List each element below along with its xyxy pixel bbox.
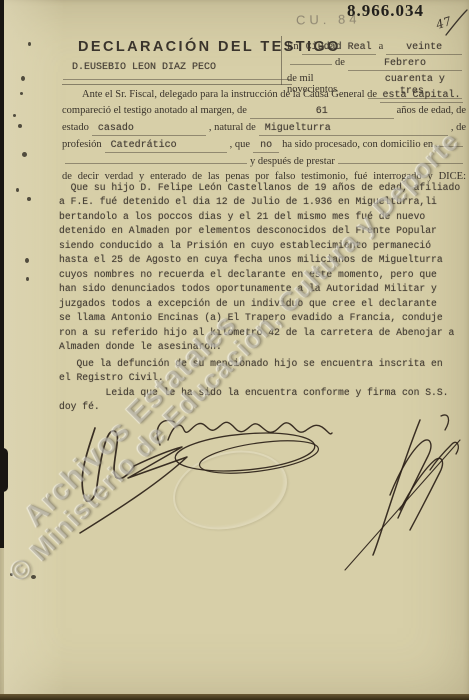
day-field: veinte [386,42,462,55]
testimony-paragraph-1: Que su hijo D. Felipe León Castellanos d… [59,181,469,354]
blank-field [65,163,247,164]
natural-print-b: , de [451,122,466,133]
label-de: de [335,57,345,68]
natural-field: Miguelturra [259,123,448,136]
ink-speck [16,188,19,192]
signature-official [345,415,460,570]
place-field: Ciudad Real [302,42,376,55]
faded-ink-stamp: CU. 84 [296,11,361,27]
blank-field [290,64,332,65]
ink-speck [10,573,13,576]
estado-field: casado [92,123,206,136]
ink-speck [21,76,25,81]
witness-name-underline [63,79,291,80]
form-line-age: compareció el testigo anotado al margen,… [62,105,466,119]
label-en: En [287,41,299,52]
ink-speck [20,92,23,95]
date-block: En Ciudad Real a veinte de Febrero de mi… [287,41,465,89]
month-field: Febrero [348,58,462,71]
estado-print: estado [62,122,89,133]
ink-speck [25,258,29,263]
profesion-print: profesión [62,139,102,150]
intro-print: Ante el Sr. Fiscal, delegado para la ins… [82,89,377,100]
ink-speck [18,124,22,128]
ink-speck [28,42,31,46]
ink-speck [26,277,29,281]
title-box-divider-rule [281,36,282,85]
ink-speck [13,114,16,117]
signatures-group [35,400,469,585]
document-page: 8.966.034 CU. 84 47 DECLARACIÓN DEL TEST… [0,0,469,700]
age-field: 61 [250,106,394,119]
domicilio-field [436,146,463,147]
paper-edge-highlight [4,0,64,700]
age-print-a: compareció el testigo anotado al margen,… [62,105,247,116]
ink-speck [22,152,27,157]
title-box-bottom-rule [62,84,292,85]
procesado-print: ha sido procesado, con domicilio en [282,139,433,150]
handwritten-flourish [443,8,469,38]
witness-name: D.EUSEBIO LEON DIAZ PECO [72,62,216,73]
date-row-month: de Febrero [287,57,465,73]
form-line-profesion: profesión Catedrático , que no ha sido p… [62,139,466,153]
que-print: , que [230,139,250,150]
signature-witness [157,420,332,479]
testimony-paragraph-2: Que la defunción de su mencionado hijo s… [59,357,469,386]
ink-speck [27,197,31,201]
causa-general-field: esta Capital. [380,90,463,103]
scan-edge-bottom [0,694,469,700]
natural-print: , natural de [209,122,256,133]
age-print-b: años de edad, de [397,105,466,116]
scan-edge-blob [0,448,8,492]
procesado-field: no [253,140,279,153]
form-line-prestar: y después de prestar [62,156,466,167]
date-row-year: de mil novecientos cuarenta y tres. [287,73,465,89]
form-line-intro: Ante el Sr. Fiscal, delegado para la ins… [62,89,466,103]
prestar-print: y después de prestar [250,156,335,167]
blank-field [338,163,463,164]
profesion-field: Catedrático [105,140,227,153]
form-line-estado: estado casado , natural de Miguelturra ,… [62,122,466,136]
signature-fiscal-rubric [80,428,187,533]
date-row-place: En Ciudad Real a veinte [287,41,465,57]
label-a: a [379,41,384,52]
